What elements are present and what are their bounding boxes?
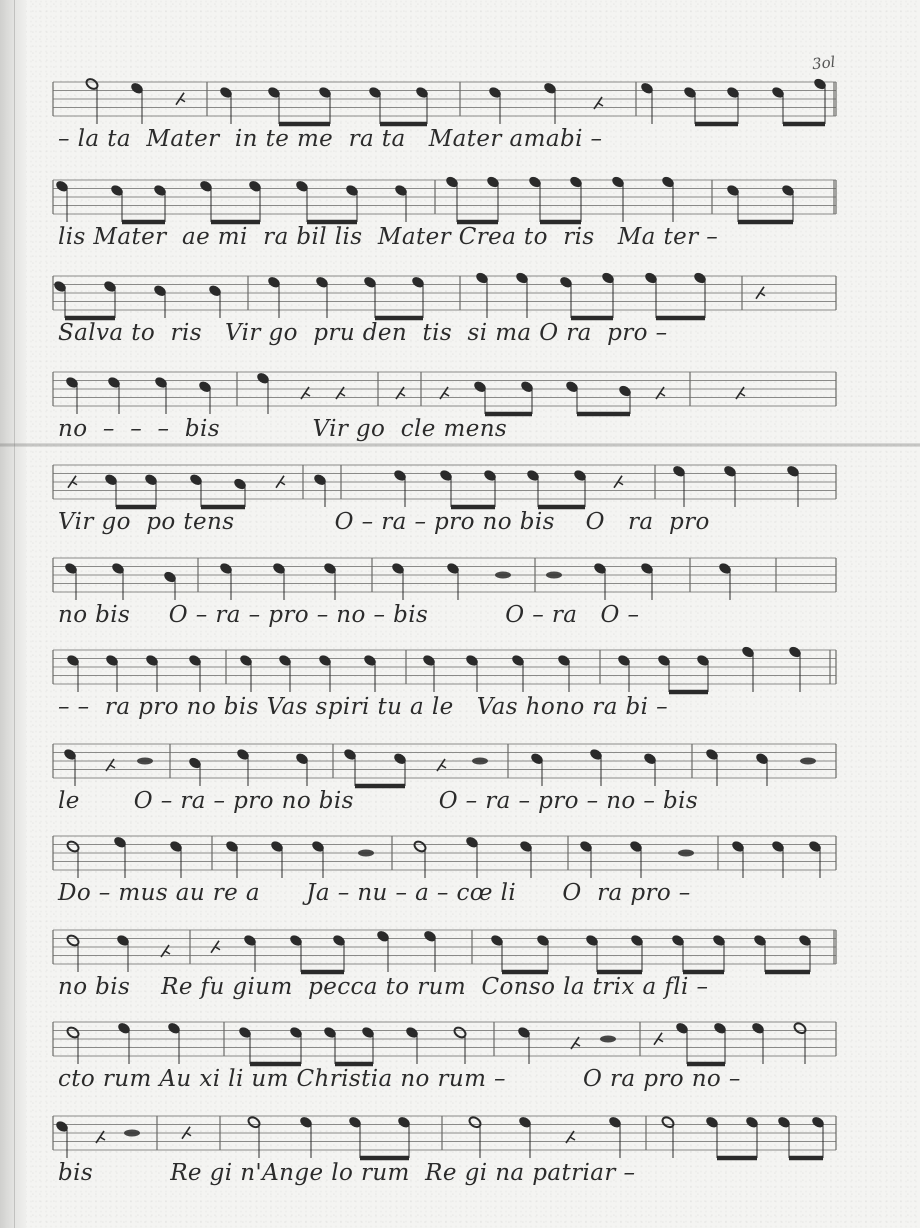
staff bbox=[0, 455, 920, 511]
staff bbox=[0, 734, 920, 790]
half-rest-icon bbox=[678, 850, 694, 857]
page-mark: 3ol bbox=[811, 53, 836, 73]
staff bbox=[0, 1012, 920, 1068]
half-rest-icon bbox=[124, 1130, 140, 1137]
lyric-line: bis Re gi n'Ange lo rum Re gi na patriar… bbox=[58, 1160, 858, 1186]
lyric-line: Vir go po tens O – ra – pro no bis O ra … bbox=[58, 509, 858, 535]
lyric-line: – la ta Mater in te me ra ta Mater amabi… bbox=[58, 126, 858, 152]
half-rest-icon bbox=[137, 758, 153, 765]
staff bbox=[0, 1106, 920, 1162]
lyric-line: no bis O – ra – pro – no – bis O – ra O … bbox=[58, 602, 858, 628]
page-fold-line bbox=[0, 443, 920, 447]
staff bbox=[0, 266, 920, 322]
staff bbox=[0, 640, 920, 696]
lyric-line: – – ra pro no bis Vas spiri tu a le Vas … bbox=[58, 694, 858, 720]
lyric-line: cto rum Au xi li um Christia no rum – O … bbox=[58, 1066, 858, 1092]
staff bbox=[0, 548, 920, 604]
lyric-line: Salva to ris Vir go pru den tis si ma O … bbox=[58, 320, 858, 346]
half-rest-icon bbox=[546, 572, 562, 579]
staff bbox=[0, 170, 920, 226]
lyric-line: no bis Re fu gium pecca to rum Conso la … bbox=[58, 974, 858, 1000]
staff bbox=[0, 826, 920, 882]
half-rest-icon bbox=[472, 758, 488, 765]
staff bbox=[0, 72, 920, 128]
lyric-line: le O – ra – pro no bis O – ra – pro – no… bbox=[58, 788, 858, 814]
half-rest-icon bbox=[358, 850, 374, 857]
staff bbox=[0, 362, 920, 418]
staff bbox=[0, 920, 920, 976]
lyric-line: no – – – bis Vir go cle mens bbox=[58, 416, 858, 442]
lyric-line: Do – mus au re a Ja – nu – a – cœ li O r… bbox=[58, 880, 858, 906]
half-rest-icon bbox=[600, 1036, 616, 1043]
half-rest-icon bbox=[800, 758, 816, 765]
lyric-line: lis Mater ae mi ra bil lis Mater Crea to… bbox=[58, 224, 858, 250]
half-rest-icon bbox=[495, 572, 511, 579]
